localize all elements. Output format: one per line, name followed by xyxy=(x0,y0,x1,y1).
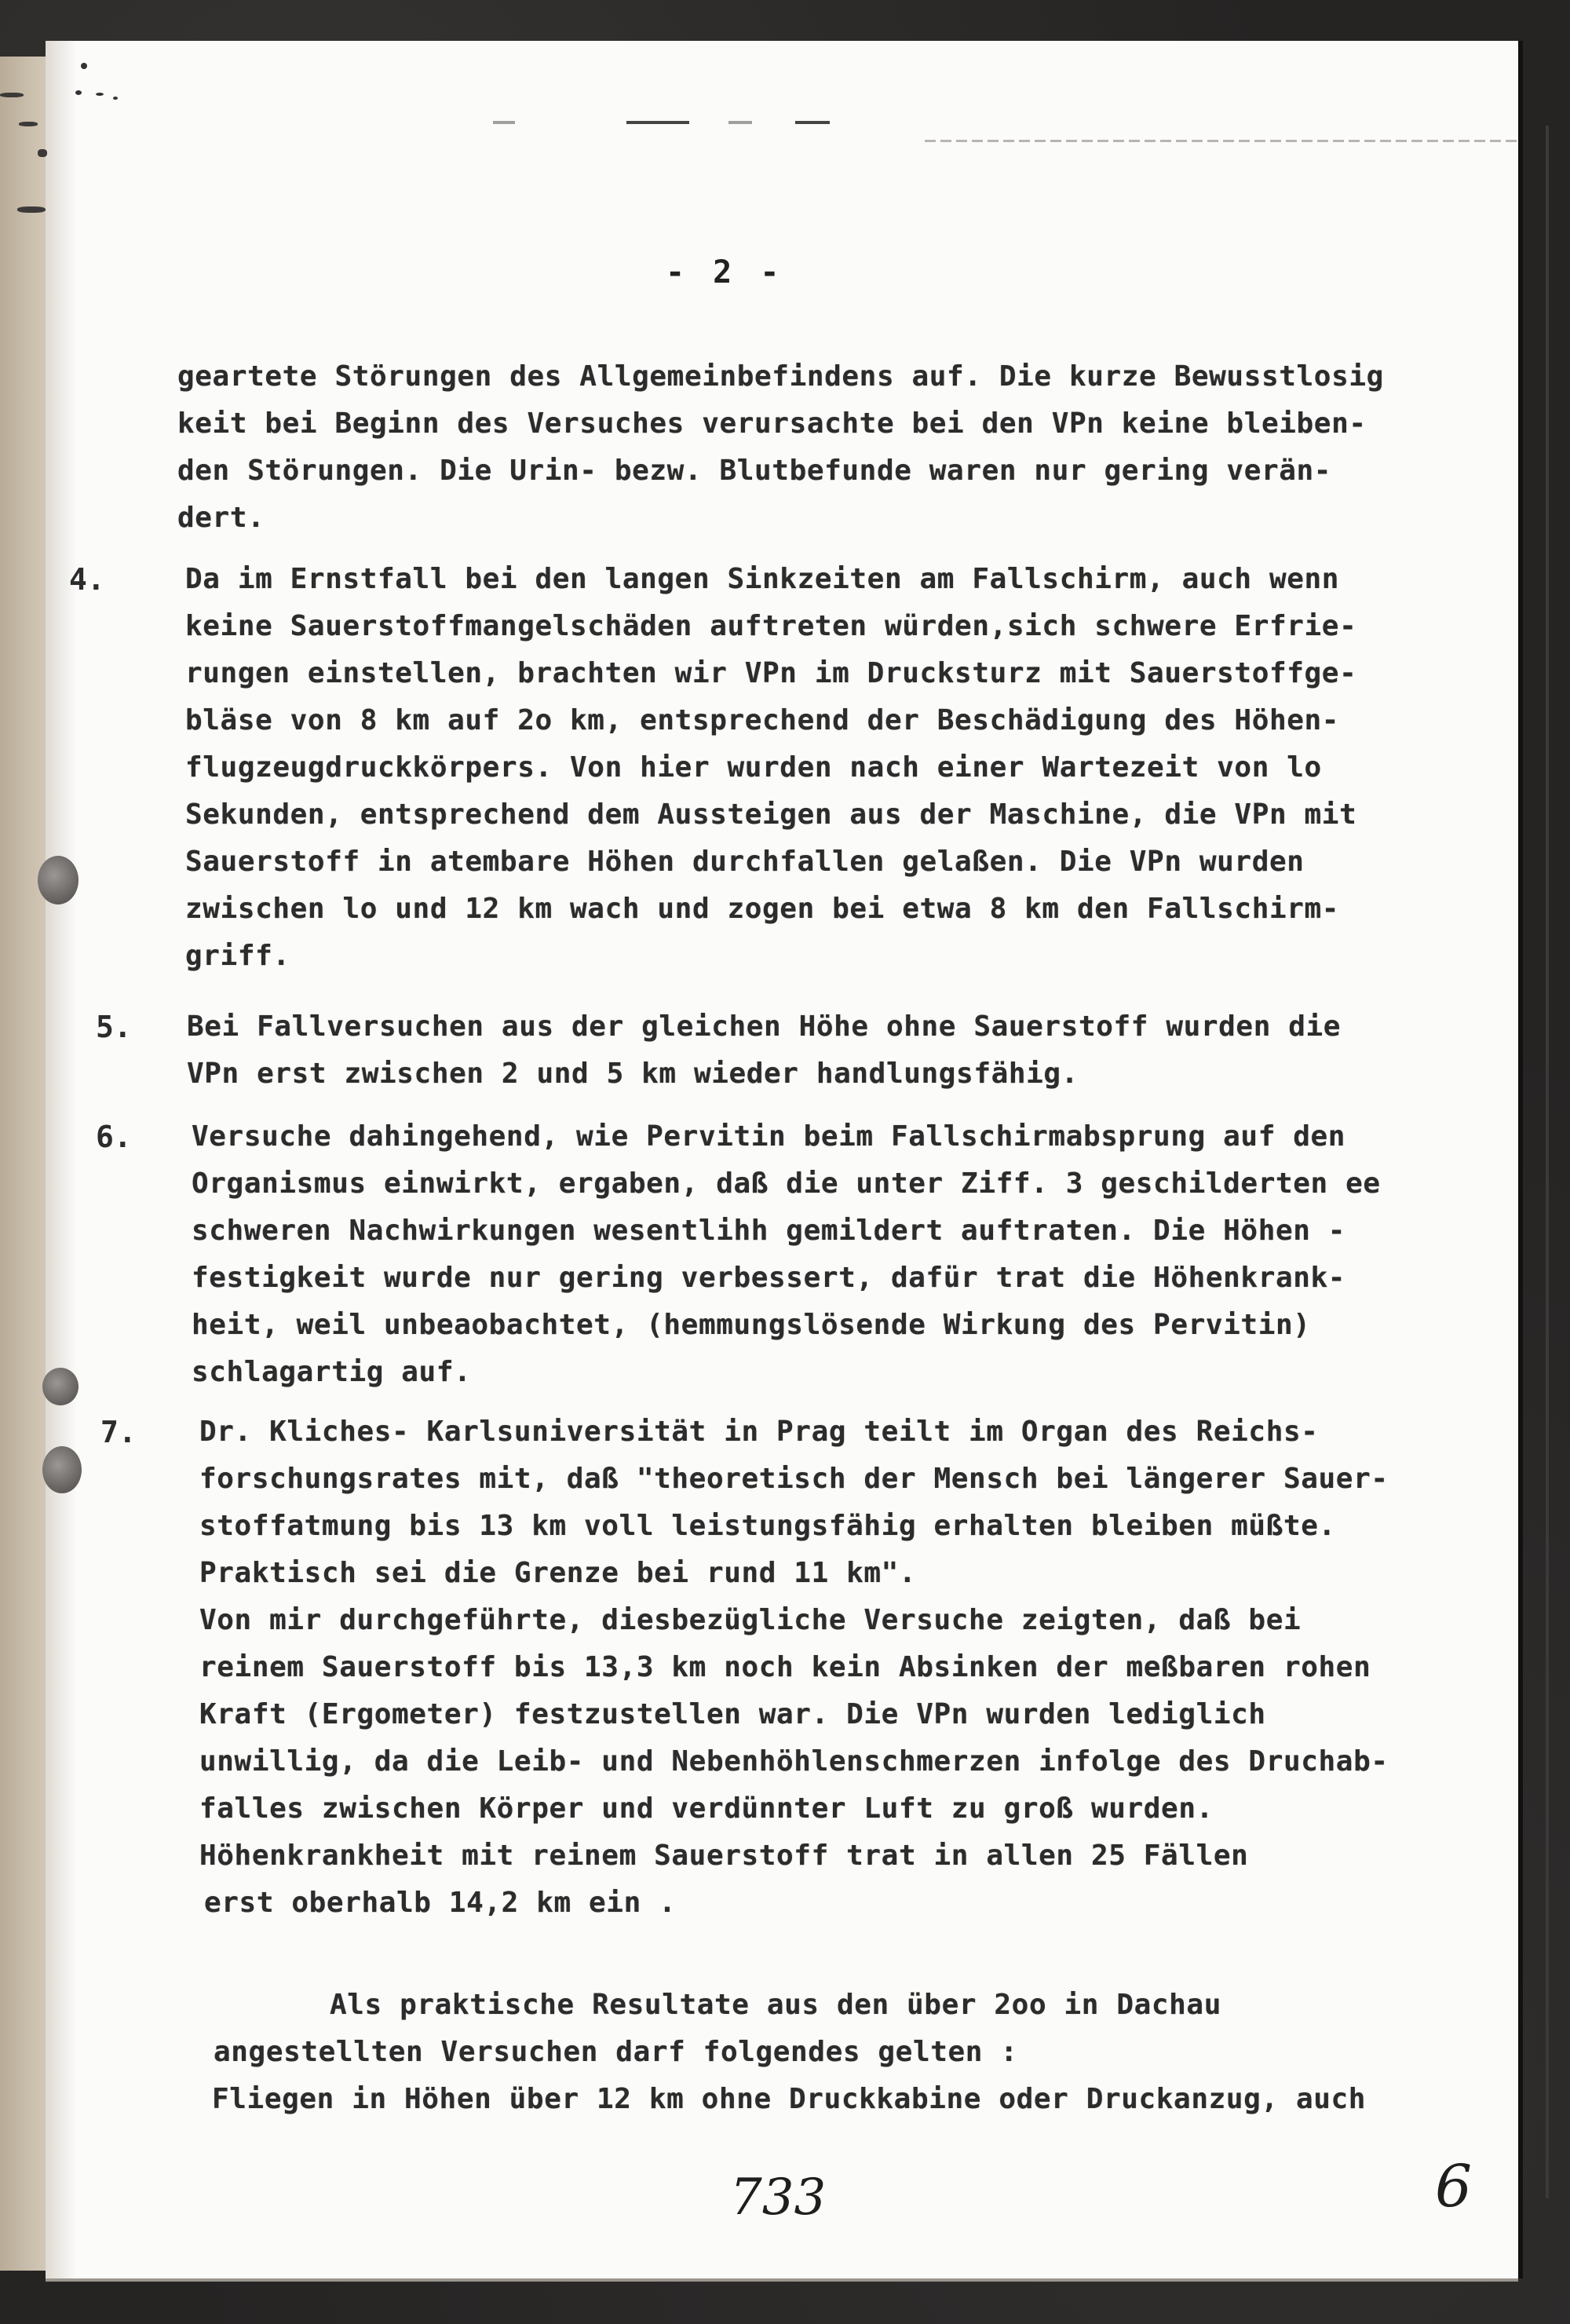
margin-speck xyxy=(113,97,118,100)
right-margin-rule xyxy=(1546,126,1549,2198)
text-line: Als praktische Resultate aus den über 2o… xyxy=(330,1990,1221,2021)
text-line: zwischen lo und 12 km wach und zogen bei… xyxy=(185,893,1339,925)
header-dash xyxy=(728,121,752,124)
header-dash xyxy=(795,121,830,124)
margin-speck xyxy=(75,90,82,95)
text-line: flugzeugdruckkörpers. Von hier wurden na… xyxy=(185,752,1322,784)
text-line: rungen einstellen, brachten wir VPn im D… xyxy=(185,658,1356,689)
margin-mark xyxy=(0,93,24,97)
margin-speck xyxy=(96,93,104,96)
item-number: 7. xyxy=(100,1416,137,1448)
handwritten-archive-number: 733 xyxy=(730,2169,826,2227)
text-line: heit, weil unbeaobachtet, (hemmungslösen… xyxy=(192,1310,1311,1341)
text-line: Kraft (Ergometer) festzustellen war. Die… xyxy=(199,1699,1266,1730)
text-line: Sauerstoff in atembare Höhen durchfallen… xyxy=(185,846,1305,878)
header-rule xyxy=(925,140,1521,142)
item-number: 6. xyxy=(96,1121,132,1153)
text-line: festigkeit wurde nur gering verbessert, … xyxy=(192,1262,1345,1294)
text-line: erst oberhalb 14,2 km ein . xyxy=(204,1887,676,1919)
text-line: Organismus einwirkt, ergaben, daß die un… xyxy=(192,1168,1381,1200)
margin-mark xyxy=(19,122,38,126)
header-dash xyxy=(493,121,515,124)
text-line: Praktisch sei die Grenze bei rund 11 km"… xyxy=(199,1558,916,1589)
page-number-marker: - 2 - xyxy=(666,254,783,290)
binder-hole xyxy=(38,856,78,904)
header-dash xyxy=(626,121,689,124)
item-number: 5. xyxy=(96,1011,132,1043)
text-line: Sekunden, entsprechend dem Aussteigen au… xyxy=(185,799,1356,831)
text-line: Da im Ernstfall bei den langen Sinkzeite… xyxy=(185,564,1339,595)
binder-hole xyxy=(42,1446,82,1493)
text-line: forschungsrates mit, daß "theoretisch de… xyxy=(199,1463,1389,1495)
text-line: Versuche dahingehend, wie Pervitin beim … xyxy=(192,1121,1345,1153)
text-line: den Störungen. Die Urin- bezw. Blutbefun… xyxy=(177,455,1331,487)
bleed-through-text xyxy=(391,1925,1570,1957)
text-line: geartete Störungen des Allgemeinbefinden… xyxy=(177,361,1384,393)
text-line: VPn erst zwischen 2 und 5 km wieder hand… xyxy=(187,1058,1079,1090)
text-line: reinem Sauerstoff bis 13,3 km noch kein … xyxy=(199,1652,1371,1683)
text-line: stoffatmung bis 13 km voll leistungsfähi… xyxy=(199,1511,1336,1542)
text-line: Höhenkrankheit mit reinem Sauerstoff tra… xyxy=(199,1840,1248,1872)
binder-hole xyxy=(42,1368,78,1405)
text-line: falles zwischen Körper und verdünnter Lu… xyxy=(199,1793,1214,1825)
text-line: schlagartig auf. xyxy=(192,1357,471,1388)
text-line: bläse von 8 km auf 2o km, entsprechend d… xyxy=(185,705,1339,736)
text-line: Dr. Kliches- Karlsuniversität in Prag te… xyxy=(199,1416,1319,1448)
margin-mark xyxy=(38,149,47,157)
text-line: Fliegen in Höhen über 12 km ohne Druckka… xyxy=(212,2084,1366,2115)
document-page: - 2 - geartete Störungen des Allgemeinbe… xyxy=(46,41,1518,2278)
text-line: Von mir durchgeführte, diesbezügliche Ve… xyxy=(199,1605,1301,1636)
text-line: griff. xyxy=(185,941,290,972)
text-line: schweren Nachwirkungen wesentlihh gemild… xyxy=(192,1215,1345,1247)
margin-speck xyxy=(81,63,87,69)
item-number: 4. xyxy=(69,564,105,595)
margin-mark xyxy=(17,206,46,213)
text-line: keit bei Beginn des Versuches verursacht… xyxy=(177,408,1367,440)
handwritten-sheet-number: 6 xyxy=(1435,2153,1472,2220)
text-line: unwillig, da die Leib- und Nebenhöhlensc… xyxy=(199,1746,1389,1778)
text-line: dert. xyxy=(177,502,265,534)
text-line: Bei Fallversuchen aus der gleichen Höhe … xyxy=(187,1011,1341,1043)
text-line: angestellten Versuchen darf folgendes ge… xyxy=(214,2037,1018,2068)
text-line: keine Sauerstoffmangelschäden auftreten … xyxy=(185,611,1356,642)
